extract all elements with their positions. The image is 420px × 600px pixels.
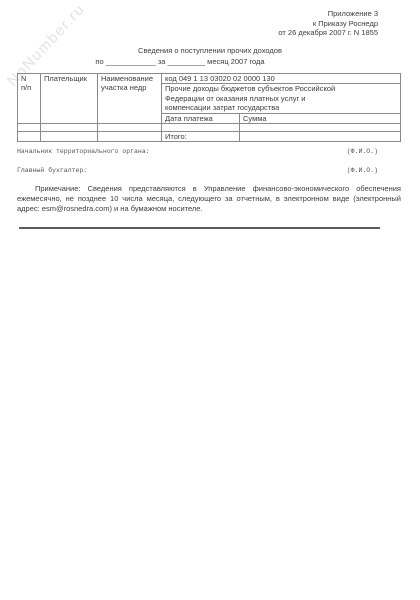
total-label: Итого: bbox=[162, 131, 240, 141]
appendix-line-3: от 26 декабря 2007 г. N 1855 bbox=[278, 28, 378, 38]
document-title: Сведения о поступлении прочих доходов по… bbox=[0, 46, 420, 67]
note-paragraph: Примечание: Сведения представляются в Уп… bbox=[17, 184, 401, 213]
table-header-row-code: N п/п Плательщик Наименование участка не… bbox=[18, 74, 401, 84]
empty-cell-site bbox=[98, 123, 162, 131]
appendix-line-2: к Приказу Роснедр bbox=[278, 19, 378, 29]
signature-label: Начальник территориального органа: bbox=[17, 148, 150, 155]
empty-cell-payer bbox=[41, 123, 98, 131]
appendix-line-1: Приложение 3 bbox=[278, 9, 378, 19]
signature-fio: (Ф.И.О.) bbox=[347, 148, 378, 155]
empty-cell-num bbox=[18, 123, 41, 131]
table-total-row: Итого: bbox=[18, 131, 401, 141]
empty-cell-num bbox=[18, 131, 41, 141]
empty-cell-site bbox=[98, 131, 162, 141]
signature-row-head: Начальник территориального органа: (Ф.И.… bbox=[17, 148, 378, 155]
appendix-header: Приложение 3 к Приказу Роснедр от 26 дек… bbox=[278, 9, 378, 38]
col-header-num: N п/п bbox=[18, 74, 41, 124]
empty-cell-date bbox=[162, 123, 240, 131]
col-header-payer: Плательщик bbox=[41, 74, 98, 124]
income-table: N п/п Плательщик Наименование участка не… bbox=[17, 73, 401, 142]
divider-rule bbox=[19, 227, 380, 229]
empty-cell-sum bbox=[240, 123, 401, 131]
signature-label: Главный бухгалтер: bbox=[17, 167, 87, 174]
signature-row-accountant: Главный бухгалтер: (Ф.И.О.) bbox=[17, 167, 378, 174]
title-line: Сведения о поступлении прочих доходов bbox=[0, 46, 420, 57]
budget-code: код 049 1 13 03020 02 0000 130 bbox=[162, 74, 401, 84]
signature-fio: (Ф.И.О.) bbox=[347, 167, 378, 174]
col-header-sum: Сумма bbox=[240, 113, 401, 123]
total-value-cell bbox=[240, 131, 401, 141]
table-row bbox=[18, 123, 401, 131]
empty-cell-payer bbox=[41, 131, 98, 141]
title-period-line: по ____________ за _________ месяц 2007 … bbox=[0, 57, 390, 68]
document-page: NoNumber.ru Приложение 3 к Приказу Росне… bbox=[0, 0, 420, 600]
col-header-site: Наименование участка недр bbox=[98, 74, 162, 124]
col-header-date: Дата платежа bbox=[162, 113, 240, 123]
income-description: Прочие доходы бюджетов субъектов Российс… bbox=[162, 84, 401, 114]
